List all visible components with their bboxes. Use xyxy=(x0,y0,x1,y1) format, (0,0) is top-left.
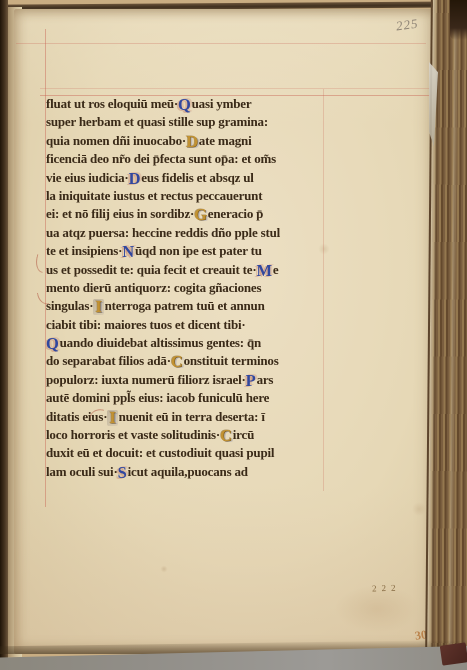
manuscript-line: ditatis eius·Inuenit eū in terra deserta… xyxy=(46,408,328,426)
text-run: ars xyxy=(257,372,274,387)
illuminated-initial: P xyxy=(246,373,256,389)
text-run: uasi ymber xyxy=(192,96,252,111)
text-run: singulas· xyxy=(46,298,93,313)
manuscript-line: Quando diuidebat altissimus gentes: q̄n xyxy=(46,334,328,352)
illuminated-initial: G xyxy=(194,207,207,223)
text-run: nterroga patrem tuū et annun xyxy=(105,298,265,313)
manuscript-line: te et insipiens·Nūqd non ipe est pater t… xyxy=(46,242,328,260)
manuscript-line: fluat ut ros eloquiū meū·Quasi ymber xyxy=(46,95,328,113)
text-run: eneracio p̄ xyxy=(208,206,263,221)
book-spine-edge xyxy=(0,0,8,662)
quire-mark: 222 xyxy=(372,583,401,594)
text-run: vie eius iudicia· xyxy=(46,170,129,185)
illuminated-initial: S xyxy=(118,465,127,481)
text-run: e xyxy=(273,262,279,277)
illuminated-initial: I xyxy=(107,410,117,426)
illuminated-initial: M xyxy=(256,263,271,279)
manuscript-line: ficenciā deo nr̃o dei p̄fecta sunt op̄a:… xyxy=(46,150,328,168)
binding-corner xyxy=(440,642,467,665)
text-run: duxit eū et docuit: et custodiuit quasi … xyxy=(46,445,274,460)
text-run: populorz: iuxta numerū filiorz israel· xyxy=(46,372,246,387)
manuscript-line: autē domini ppl̃s eius: iacob funiculū h… xyxy=(46,389,328,407)
manuscript-line: super herbam et quasi stille sup gramina… xyxy=(46,113,328,131)
manuscript-line: vie eius iudicia·Deus fidelis et absqz u… xyxy=(46,169,328,187)
manuscript-line: populorz: iuxta numerū filiorz israel·Pa… xyxy=(46,371,328,389)
text-run: ircū xyxy=(233,427,254,442)
manuscript-page: 225 fluat ut ros eloquiū meū·Quasi ymber… xyxy=(14,9,436,654)
text-run: do separabat filios adā· xyxy=(46,353,171,368)
fore-edge-top-corner xyxy=(450,0,467,40)
text-run: la iniquitate iustus et rectus peccaueru… xyxy=(46,188,262,203)
text-run: uando diuidebat altissimus gentes: q̄n xyxy=(60,335,261,350)
manuscript-line: mento dierū antiquorz: cogita gñaciones xyxy=(46,279,328,297)
text-run: fluat ut ros eloquiū meū· xyxy=(46,96,178,111)
text-run: ūqd non ipe est pater tu xyxy=(135,243,262,258)
manuscript-line: quia nomen dñi inuocabo·Date magni xyxy=(46,132,328,150)
text-run: ua atqz puersa: heccine reddis dño pple … xyxy=(46,225,280,240)
manuscript-line: singulas·Interroga patrem tuū et annun xyxy=(46,297,328,315)
illuminated-initial: I xyxy=(93,299,103,315)
manuscript-line: loco horroris et vaste solitudinis·Circū xyxy=(46,426,328,444)
illuminated-initial: Q xyxy=(46,336,59,352)
text-run: quia nomen dñi inuocabo· xyxy=(46,133,186,148)
text-run: mento dierū antiquorz: cogita gñaciones xyxy=(46,280,261,295)
ruling-line-horizontal-top xyxy=(16,43,426,44)
manuscript-line: la iniquitate iustus et rectus peccaueru… xyxy=(46,187,328,205)
manuscript-line: duxit eū et docuit: et custodiuit quasi … xyxy=(46,444,328,462)
text-run: eus fidelis et absqz ul xyxy=(141,170,253,185)
manuscript-line: ua atqz puersa: heccine reddis dño pple … xyxy=(46,224,328,242)
text-run: loco horroris et vaste solitudinis· xyxy=(46,427,220,442)
manuscript-line: do separabat filios adā·Constituit termi… xyxy=(46,352,328,370)
text-run: ate magni xyxy=(199,133,252,148)
text-run: ei: et nō filij eius in sordibz· xyxy=(46,206,194,221)
text-run: us et possedit te: quia fecit et creauit… xyxy=(46,262,256,277)
pen-flourish xyxy=(37,291,49,306)
manuscript-line: us et possedit te: quia fecit et creauit… xyxy=(46,261,328,279)
text-block: fluat ut ros eloquiū meū·Quasi ymbersupe… xyxy=(46,95,328,481)
manuscript-line: lam oculi sui·Sicut aquila,puocans ad xyxy=(46,463,328,481)
illuminated-initial: N xyxy=(122,244,134,260)
text-run: ficenciā deo nr̃o dei p̄fecta sunt op̄a:… xyxy=(46,151,276,166)
folio-number-pencil: 225 xyxy=(395,16,420,35)
illuminated-initial: D xyxy=(186,134,198,150)
text-run: onstituit terminos xyxy=(184,353,279,368)
text-run: nuenit eū in terra deserta: ī xyxy=(119,409,265,424)
illuminated-initial: D xyxy=(129,171,141,187)
illuminated-initial: C xyxy=(220,428,232,444)
manuscript-line: ciabit tibi: maiores tuos et dicent tibi… xyxy=(46,316,328,334)
text-run: te et insipiens· xyxy=(46,243,122,258)
text-run: autē domini ppl̃s eius: iacob funiculū h… xyxy=(46,390,269,405)
text-run: lam oculi sui· xyxy=(46,464,118,479)
ruling-line-horizontal-upper xyxy=(40,88,436,89)
illuminated-initial: C xyxy=(171,354,183,370)
text-run: icut aquila,puocans ad xyxy=(128,464,248,479)
manuscript-photo: 225 fluat ut ros eloquiū meū·Quasi ymber… xyxy=(0,0,467,670)
manuscript-line: ei: et nō filij eius in sordibz·Generaci… xyxy=(46,205,328,223)
text-run: super herbam et quasi stille sup gramina… xyxy=(46,114,268,129)
text-run: ciabit tibi: maiores tuos et dicent tibi… xyxy=(46,317,246,332)
illuminated-initial: Q xyxy=(178,97,191,113)
